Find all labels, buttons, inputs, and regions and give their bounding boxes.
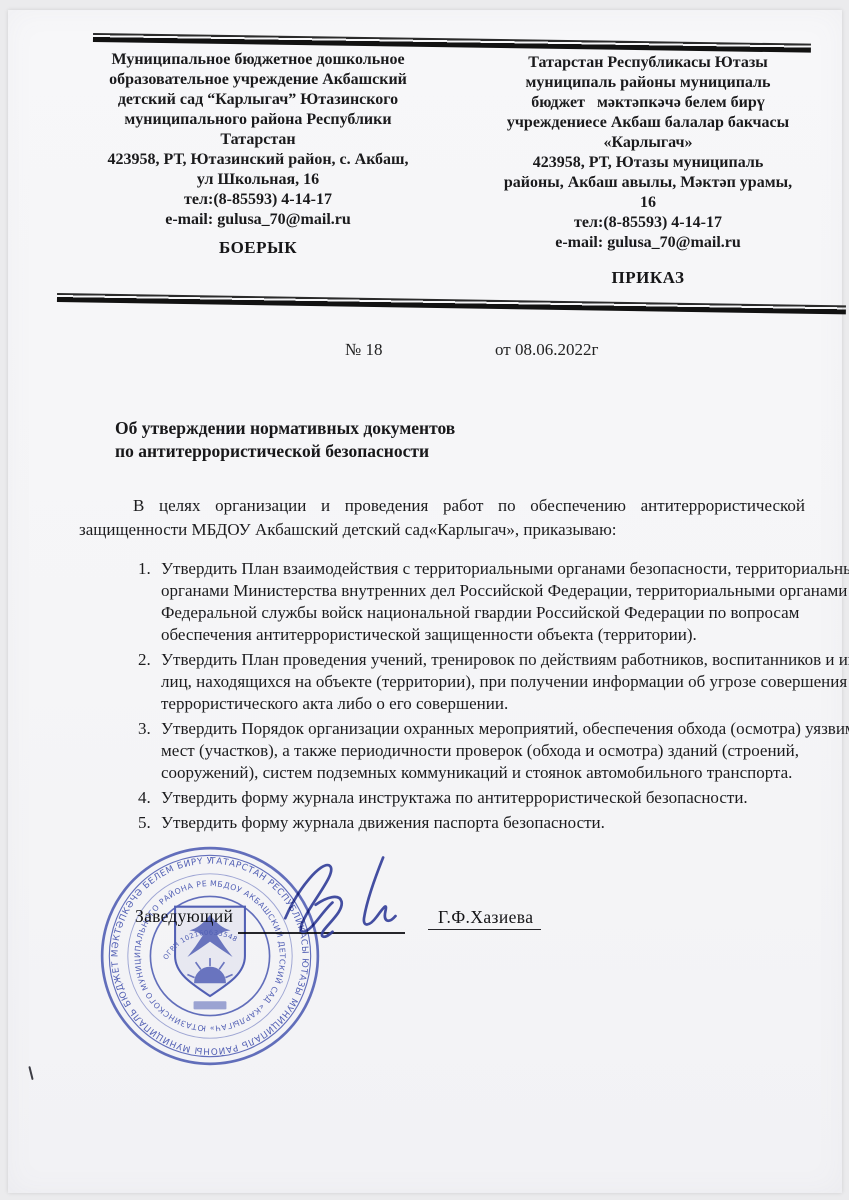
org-name-line: образовательное учреждение Акбашский xyxy=(70,70,446,90)
org-name-line: Татарстан xyxy=(70,130,446,150)
svg-text:ТАТАРСТАН РЕСПУБЛИКАСЫ ЮТАЗЫ М: ТАТАРСТАН РЕСПУБЛИКАСЫ ЮТАЗЫ МУНИЦИПАЛЬ … xyxy=(97,843,310,1057)
doc-type-russian: ПРИКАЗ xyxy=(452,268,844,288)
seal-outer-ring xyxy=(102,848,318,1064)
org-address-line: ул Школьная, 16 xyxy=(70,170,446,190)
signatory-name: Г.Ф.Хазиева xyxy=(428,907,541,930)
order-item: Утвердить План проведения учений, тренир… xyxy=(155,649,849,715)
sun-icon xyxy=(187,958,232,983)
seal-ogrn-text: ОГРН 102160633548 xyxy=(162,929,239,962)
pen-stroke-mark xyxy=(28,1066,34,1080)
org-phone-line: тел:(8-85593) 4-14-17 xyxy=(452,213,844,233)
org-name-line: «Карлыгач» xyxy=(452,133,844,153)
svg-text:ОГРН 102160633548: ОГРН 102160633548 xyxy=(162,929,239,962)
order-number: № 18 xyxy=(345,340,382,360)
org-name-line: Татарстан Республикасы Ютазы xyxy=(452,53,844,73)
signatory-title: Заведующий xyxy=(135,906,233,927)
org-address-line: 423958, РТ, Ютазы муниципаль xyxy=(452,153,844,173)
org-address-line: районы, Акбаш авылы, Мәктәп урамы, xyxy=(452,173,844,193)
org-phone-line: тел:(8-85593) 4-14-17 xyxy=(70,190,446,210)
seal-outer-ring2 xyxy=(109,855,310,1056)
doc-type-tatar: БОЕРЫК xyxy=(70,238,446,258)
org-address-line: 16 xyxy=(452,193,844,213)
org-name-line: детский сад “Карлыгач” Ютазинского xyxy=(70,90,446,110)
order-item: Утвердить форму журнала инструктажа по а… xyxy=(155,787,849,809)
org-name-line: учреждениесе Акбаш балалар бакчасы xyxy=(452,113,844,133)
official-seal-stamp: ТАТАРСТАН РЕСПУБЛИКАСЫ ЮТАЗЫ МУНИЦИПАЛЬ … xyxy=(97,843,323,1069)
preamble-paragraph: В целях организации и проведения работ п… xyxy=(79,494,805,541)
org-address-line: 423958, РТ, Ютазинский район, с. Акбаш, xyxy=(70,150,446,170)
org-name-line: Муниципальное бюджетное дошкольное xyxy=(70,50,446,70)
order-subject: Об утверждении нормативных документов по… xyxy=(115,417,575,463)
order-item: Утвердить форму журнала движения паспорт… xyxy=(155,812,849,834)
order-item: Утвердить Порядок организации охранных м… xyxy=(155,718,849,784)
middle-double-rule xyxy=(57,293,846,314)
subject-line: по антитеррористической безопасности xyxy=(115,440,575,463)
seal-banner xyxy=(194,1001,227,1009)
signature-line xyxy=(238,914,405,934)
seal-mid-ring xyxy=(128,874,292,1038)
subject-line: Об утверждении нормативных документов xyxy=(115,417,575,440)
org-header-right: Татарстан Республикасы Ютазы муниципаль … xyxy=(452,53,844,253)
order-item: Утвердить План взаимодействия с территор… xyxy=(155,558,849,646)
order-date: от 08.06.2022г xyxy=(495,340,598,360)
org-name-line: бюджет мәктәпкәчә белем бирү xyxy=(452,93,844,113)
org-email-line: e-mail: gulusa_70@mail.ru xyxy=(70,210,446,230)
org-email-line: e-mail: gulusa_70@mail.ru xyxy=(452,233,844,253)
scan-background: { "doc": { "header_left": { "org_lines":… xyxy=(0,0,849,1200)
seal-outer-ring-text: ТАТАРСТАН РЕСПУБЛИКАСЫ ЮТАЗЫ МУНИЦИПАЛЬ … xyxy=(97,843,310,1057)
document-page: Муниципальное бюджетное дошкольное образ… xyxy=(8,10,842,1193)
order-items-list: Утвердить План взаимодействия с территор… xyxy=(80,558,849,837)
org-header-left: Муниципальное бюджетное дошкольное образ… xyxy=(70,50,446,230)
seal-inner-ring-text: МБДОУ АКБАШСКИЙ ДЕТСКИЙ САД «КАРЛЫГАЧ» Ю… xyxy=(97,843,287,1033)
svg-text:МБДОУ АКБАШСКИЙ ДЕТСКИЙ САД «К: МБДОУ АКБАШСКИЙ ДЕТСКИЙ САД «КАРЛЫГАЧ» Ю… xyxy=(97,843,287,1033)
org-name-line: муниципального района Республики xyxy=(70,110,446,130)
org-name-line: муниципаль районы муниципаль xyxy=(452,73,844,93)
